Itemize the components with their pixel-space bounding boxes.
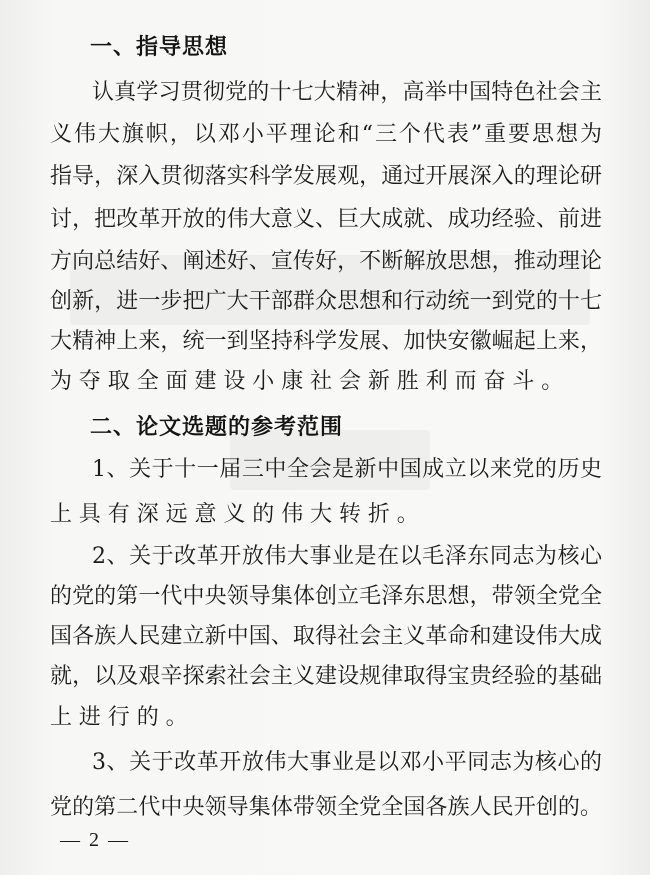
paragraph-line: 义伟大旗帜，以邓小平理论和“三个代表”重要思想为 xyxy=(50,120,602,150)
paragraph-line: 方向总结好、阐述好、宣传好，不断解放思想，推动理论 xyxy=(50,247,602,277)
list-item-line: 党的第二代中央领导集体带领全党全国各族人民开创的。 xyxy=(50,793,602,823)
scanned-page: 一、指导思想 认真学习贯彻党的十七大精神，高举中国特色社会主 义伟大旗帜，以邓小… xyxy=(0,0,650,875)
paragraph-line: 指导，深入贯彻落实科学发展观，通过开展深入的理论研 xyxy=(50,162,602,192)
paragraph-line: 创新，进一步把广大干部群众思想和行动统一到党的十七 xyxy=(50,287,602,317)
paragraph-line: 为夺取全面建设小康社会新胜利而奋斗。 xyxy=(50,367,602,397)
list-item-line: 上具有深远意义的伟大转折。 xyxy=(50,500,602,530)
section-heading-topic-scope: 二、论文选题的参考范围 xyxy=(90,413,343,443)
list-item-line: 1、关于十一届三中全会是新中国成立以来党的历史 xyxy=(92,455,602,485)
section-heading-guiding-ideology: 一、指导思想 xyxy=(90,33,228,63)
page-number: — 2 — xyxy=(60,828,130,852)
paragraph-line: 讨，把改革开放的伟大意义、巨大成就、成功经验、前进 xyxy=(50,205,602,235)
list-item-line: 就，以及艰辛探索社会主义建设规律取得宝贵经验的基础 xyxy=(50,662,602,692)
list-item-line: 3、关于改革开放伟大事业是以邓小平同志为核心的 xyxy=(92,748,602,778)
list-item-line: 国各族人民建立新中国、取得社会主义革命和建设伟大成 xyxy=(50,622,602,652)
paragraph-line: 认真学习贯彻党的十七大精神，高举中国特色社会主 xyxy=(92,78,602,108)
list-item-line: 上进行的。 xyxy=(50,703,602,733)
list-item-line: 的党的第一代中央领导集体创立毛泽东思想，带领全党全 xyxy=(50,582,602,612)
list-item-line: 2、关于改革开放伟大事业是在以毛泽东同志为核心 xyxy=(92,542,602,572)
paragraph-line: 大精神上来，统一到坚持科学发展、加快安徽崛起上来， xyxy=(50,327,602,357)
